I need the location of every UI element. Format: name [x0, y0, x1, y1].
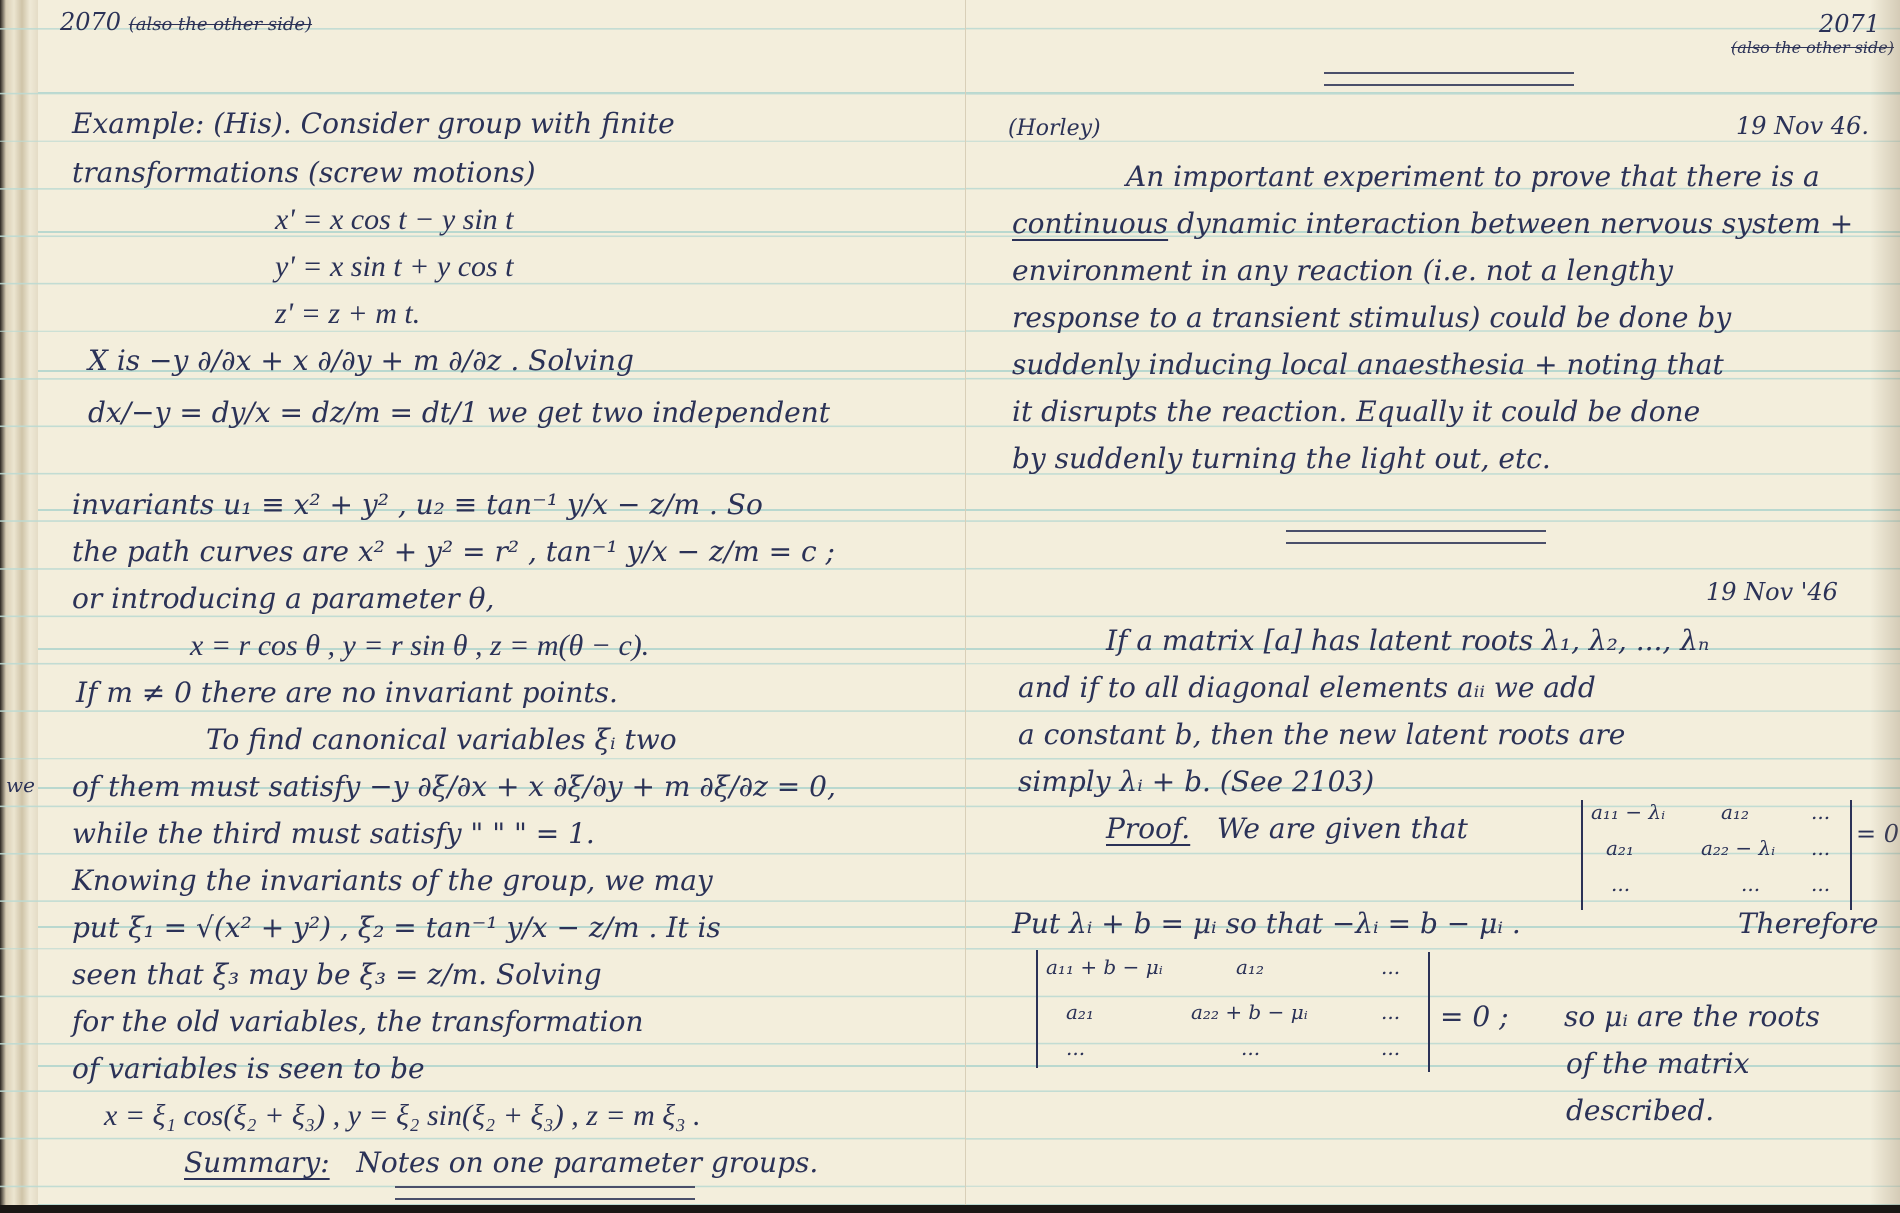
- text-line: Put λᵢ + b = μᵢ so that −λᵢ = b − μᵢ .: [1012, 907, 1521, 940]
- proof-line: Proof. We are given that: [1106, 812, 1468, 845]
- summary-label: Summary:: [184, 1146, 330, 1179]
- text-line: An important experiment to prove that th…: [1126, 160, 1820, 193]
- double-rule: [1324, 72, 1574, 86]
- equation-line: x = ξ₁ cos(ξ₂ + ξ₃) , y = ξ₂ sin(ξ₂ + ξ₃…: [104, 1099, 701, 1133]
- det-cell: ...: [1611, 872, 1630, 896]
- text-line: a constant b, then the new latent roots …: [1018, 718, 1625, 751]
- det-cell: a₁₂: [1236, 955, 1264, 979]
- text-line: while the third must satisfy " " " = 1.: [72, 817, 595, 850]
- equation-line: x' = x cos t − y sin t: [275, 203, 514, 237]
- summary-text: Notes on one parameter groups.: [356, 1146, 818, 1179]
- right-page: 2071 (also the other side) (Horley) 19 N…: [966, 0, 1900, 1205]
- equation-line: z' = z + m t.: [275, 297, 420, 331]
- page-number: 2071: [1819, 10, 1880, 38]
- det-equals: = 0 ;: [1440, 1000, 1509, 1033]
- det-cell: ...: [1811, 872, 1830, 896]
- text-line: To find canonical variables ξᵢ two: [206, 723, 677, 756]
- det-cell: ...: [1241, 1036, 1260, 1060]
- conclusion-line: of the matrix: [1566, 1047, 1750, 1080]
- entry-date: 19 Nov '46: [1706, 578, 1838, 606]
- conclusion-line: so μᵢ are the roots: [1564, 1000, 1820, 1033]
- det-cell: ...: [1381, 1036, 1400, 1060]
- text-line: and if to all diagonal elements aᵢᵢ we a…: [1018, 671, 1596, 704]
- text-line: seen that ξ₃ may be ξ₃ = z/m. Solving: [72, 958, 602, 991]
- text-line: environment in any reaction (i.e. not a …: [1012, 254, 1673, 287]
- det-equals: = 0: [1856, 820, 1899, 848]
- determinant-bar-right: [1428, 952, 1430, 1072]
- text-line: If a matrix [a] has latent roots λ₁, λ₂,…: [1106, 624, 1709, 657]
- text-line: suddenly inducing local anaesthesia + no…: [1012, 348, 1724, 381]
- text-line: put ξ₁ = √(x² + y²) , ξ₂ = tan⁻¹ y/x − z…: [72, 911, 721, 944]
- det-cell: ...: [1741, 872, 1760, 896]
- text-line: continuous dynamic interaction between n…: [1012, 207, 1853, 240]
- margin-note: we: [6, 773, 35, 797]
- page-number: 2070 (also the other side): [60, 8, 312, 36]
- text-line: transformations (screw motions): [72, 156, 536, 189]
- det-cell: ...: [1811, 800, 1830, 824]
- summary-line: Summary: Notes on one parameter groups.: [184, 1146, 818, 1179]
- determinant-bar-left: [1036, 950, 1038, 1068]
- text-line: it disrupts the reaction. Equally it cou…: [1012, 395, 1700, 428]
- text-line: If m ≠ 0 there are no invariant points.: [76, 676, 618, 709]
- text-line: simply λᵢ + b. (See 2103): [1018, 765, 1374, 798]
- text-line: X is −y ∂/∂x + x ∂/∂y + m ∂/∂z . Solving: [88, 344, 634, 377]
- det-cell: a₁₁ + b − μᵢ: [1046, 955, 1163, 979]
- text-line: dx/−y = dy/x = dz/m = dt/1 we get two in…: [88, 396, 830, 429]
- page-number-text: 2070: [60, 8, 121, 36]
- text-line: of variables is seen to be: [72, 1052, 425, 1085]
- struck-note: (also the other side): [129, 14, 312, 35]
- text-line-rest: dynamic interaction between nervous syst…: [1177, 207, 1853, 240]
- struck-note: (also the other side): [1731, 38, 1894, 57]
- text-line: of them must satisfy −y ∂ξ/∂x + x ∂ξ/∂y …: [72, 770, 836, 803]
- text-line: invariants u₁ ≡ x² + y² , u₂ ≡ tan⁻¹ y/x…: [72, 488, 763, 521]
- det-cell: ...: [1381, 1000, 1400, 1024]
- underlined-word: continuous: [1012, 207, 1168, 240]
- equation-line: x = r cos θ , y = r sin θ , z = m(θ − c)…: [190, 629, 649, 663]
- det-cell: a₂₂ − λᵢ: [1701, 836, 1775, 860]
- determinant-bar-right: [1850, 800, 1852, 910]
- det-cell: a₁₂: [1721, 800, 1749, 824]
- text-line: for the old variables, the transformatio…: [72, 1005, 644, 1038]
- det-cell: a₂₂ + b − μᵢ: [1191, 1000, 1308, 1024]
- det-cell: a₂₁: [1606, 836, 1634, 860]
- notebook-spread: 2070 (also the other side) we Example: (…: [0, 0, 1900, 1205]
- text-line: or introducing a parameter θ,: [72, 582, 494, 615]
- text-line: by suddenly turning the light out, etc.: [1012, 442, 1551, 475]
- entry-date: 19 Nov 46.: [1736, 112, 1869, 140]
- proof-text: We are given that: [1217, 812, 1468, 845]
- text-line: Therefore: [1738, 907, 1878, 940]
- det-cell: a₂₁: [1066, 1000, 1094, 1024]
- text-line: response to a transient stimulus) could …: [1012, 301, 1731, 334]
- double-rule: [1286, 530, 1546, 544]
- text-line: Example: (His). Consider group with fini…: [72, 107, 675, 140]
- det-cell: ...: [1381, 955, 1400, 979]
- text-line: Knowing the invariants of the group, we …: [72, 864, 713, 897]
- text-line: the path curves are x² + y² = r² , tan⁻¹…: [72, 535, 835, 568]
- source-label: (Horley): [1008, 116, 1101, 141]
- equation-line: y' = x sin t + y cos t: [275, 250, 514, 284]
- double-rule: [395, 1186, 695, 1200]
- det-cell: ...: [1066, 1036, 1085, 1060]
- proof-label: Proof.: [1106, 812, 1190, 845]
- det-cell: a₁₁ − λᵢ: [1591, 800, 1665, 824]
- determinant-bar-left: [1581, 800, 1583, 910]
- conclusion-line: described.: [1566, 1094, 1714, 1127]
- det-cell: ...: [1811, 836, 1830, 860]
- left-page: 2070 (also the other side) we Example: (…: [0, 0, 966, 1205]
